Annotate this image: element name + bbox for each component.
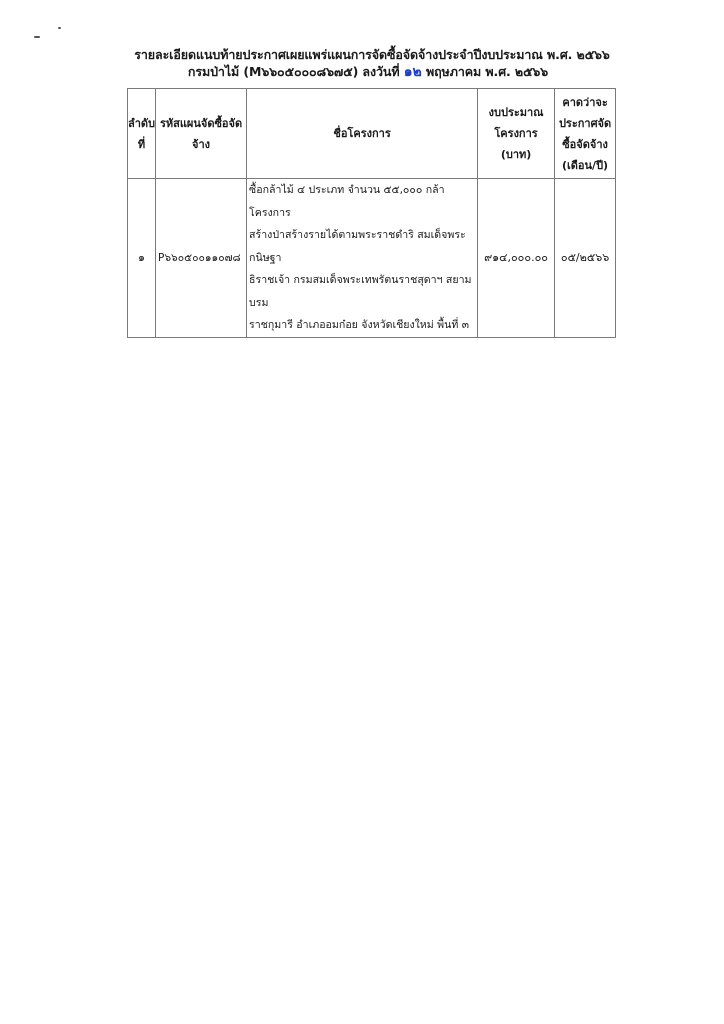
procurement-plan-table: ลำดับ ที่ รหัสแผนจัดซื้อจัด จ้าง ชื่อโคร… (127, 88, 616, 338)
header-no: ลำดับ ที่ (128, 89, 156, 179)
project-name-line: ธิราชเจ้า กรมสมเด็จพระเทพรัตนราชสุดาฯ สย… (249, 269, 477, 314)
row-budget: ๙๑๔,๐๐๐.๐๐ (478, 179, 555, 338)
header-code-line: รหัสแผนจัดซื้อจัด (156, 113, 246, 134)
header-code-line: จ้าง (156, 134, 246, 155)
row-plan-code: P๖๖๐๕๐๐๑๑๐๗๘ (156, 179, 247, 338)
scan-speck (34, 36, 40, 38)
header-date-line: คาดว่าจะ (555, 92, 615, 113)
row-project-name: ซื้อกล้าไม้ ๔ ประเภท จำนวน ๕๕,๐๐๐ กล้า โ… (247, 179, 478, 338)
subtitle-prefix: กรมป่าไม้ (M๖๖๐๕๐๐๐๘๖๗๕) ลงวันที่ (188, 64, 400, 79)
header-budget-line: (บาท) (478, 144, 554, 165)
header-budget: งบประมาณ โครงการ (บาท) (478, 89, 555, 179)
header-project-name: ชื่อโครงการ (247, 89, 478, 179)
header-no-line: ลำดับ (128, 113, 155, 134)
table-row: ๑ P๖๖๐๕๐๐๑๑๐๗๘ ซื้อกล้าไม้ ๔ ประเภท จำนว… (128, 179, 616, 338)
project-name-line: ซื้อกล้าไม้ ๔ ประเภท จำนวน ๕๕,๐๐๐ กล้า โ… (249, 179, 477, 224)
project-name-line: ราชกุมารี อำเภออมก๋อย จังหวัดเชียงใหม่ พ… (249, 314, 477, 337)
project-name-line: สร้างป่าสร้างรายได้ตามพระราชดำริ สมเด็จพ… (249, 224, 477, 269)
table-header-row: ลำดับ ที่ รหัสแผนจัดซื้อจัด จ้าง ชื่อโคร… (128, 89, 616, 179)
header-no-line: ที่ (128, 134, 155, 155)
scan-speck (58, 27, 61, 29)
header-budget-line: งบประมาณ (478, 102, 554, 123)
document-title: รายละเอียดแนบท้ายประกาศเผยแพร่แผนการจัดซ… (10, 47, 724, 63)
header-budget-line: โครงการ (478, 123, 554, 144)
subtitle-suffix: พฤษภาคม พ.ศ. ๒๕๖๖ (426, 64, 548, 79)
handwritten-day: ๑๒ (404, 64, 422, 80)
header-code: รหัสแผนจัดซื้อจัด จ้าง (156, 89, 247, 179)
header-date-line: ประกาศจัด (555, 113, 615, 134)
document-subtitle: กรมป่าไม้ (M๖๖๐๕๐๐๐๘๖๗๕) ลงวันที่ ๑๒ พฤษ… (6, 64, 724, 80)
header-date-line: ซื้อจัดจ้าง (555, 134, 615, 155)
row-no: ๑ (128, 179, 156, 338)
header-date-line: (เดือน/ปี) (555, 155, 615, 176)
header-expected-date: คาดว่าจะ ประกาศจัด ซื้อจัดจ้าง (เดือน/ปี… (555, 89, 616, 179)
row-expected-date: ๐๕/๒๕๖๖ (555, 179, 616, 338)
